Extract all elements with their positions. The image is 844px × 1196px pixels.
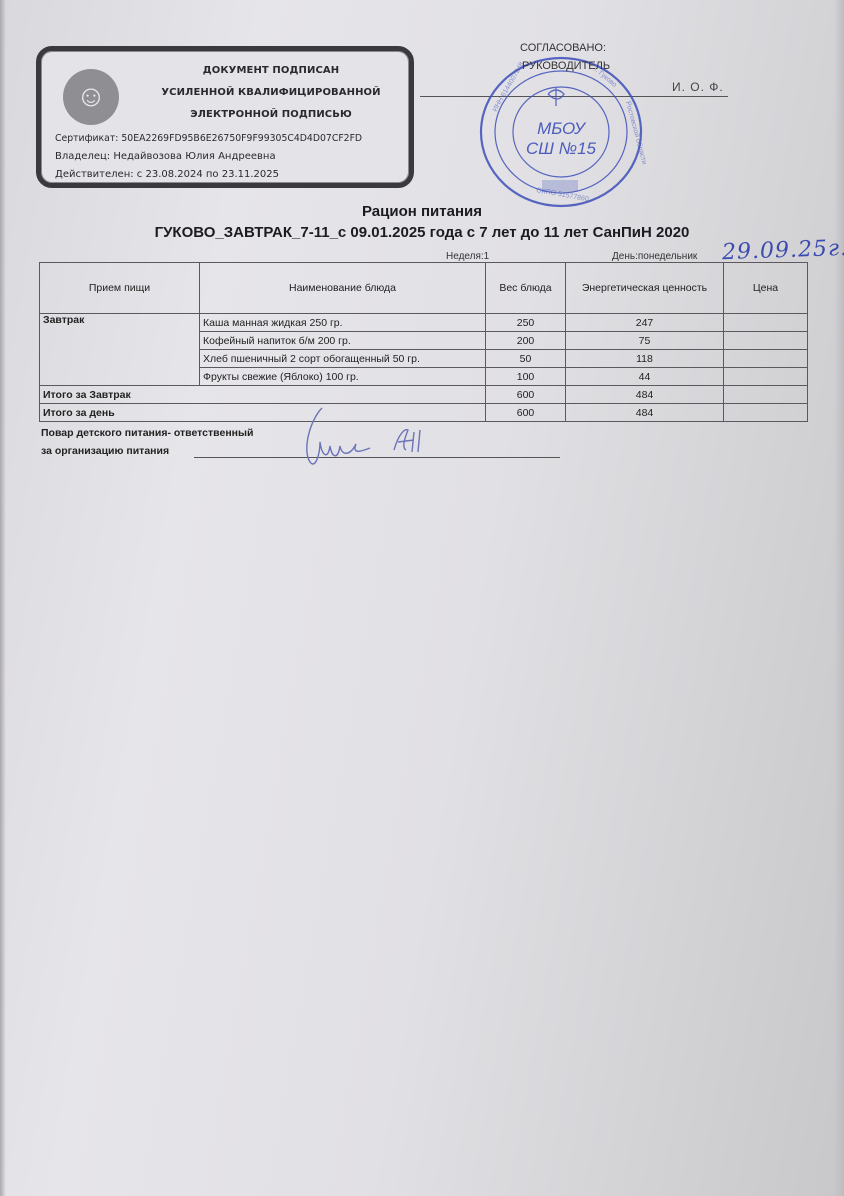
- total-row-day: Итого за день 600 484: [40, 404, 808, 422]
- header-meal: Прием пищи: [40, 263, 200, 314]
- weight-cell: 250: [486, 314, 566, 332]
- total-energy: 484: [566, 404, 724, 422]
- document-subtitle: ГУКОВО_ЗАВТРАК_7-11_с 09.01.2025 года с …: [0, 224, 844, 241]
- price-cell: [724, 332, 808, 350]
- total-price: [724, 386, 808, 404]
- total-label: Итого за Завтрак: [40, 386, 486, 404]
- cook-label-line-1: Повар детского питания- ответственный: [41, 424, 253, 442]
- seal-center-line-1: МБОУ: [537, 119, 587, 138]
- total-price: [724, 404, 808, 422]
- cook-responsible-label: Повар детского питания- ответственный за…: [41, 424, 253, 460]
- energy-cell: 44: [566, 368, 724, 386]
- approval-name-placeholder: И. О. Ф.: [672, 80, 724, 94]
- menu-table: Прием пищи Наименование блюда Вес блюда …: [39, 262, 808, 422]
- header-dish: Наименование блюда: [200, 263, 486, 314]
- total-weight: 600: [486, 386, 566, 404]
- total-label: Итого за день: [40, 404, 486, 422]
- svg-text:Ростовской области: Ростовской области: [624, 100, 646, 165]
- week-label: Неделя:1: [446, 251, 489, 262]
- header-price: Цена: [724, 263, 808, 314]
- energy-cell: 247: [566, 314, 724, 332]
- dish-cell: Каша манная жидкая 250 гр.: [200, 314, 486, 332]
- emblem-icon: ☺: [63, 69, 119, 125]
- esig-header-line-2: УСИЛЕННОЙ КВАЛИФИЦИРОВАННОЙ: [161, 87, 381, 98]
- page-edge: [834, 0, 844, 1196]
- header-weight: Вес блюда: [486, 263, 566, 314]
- weight-cell: 100: [486, 368, 566, 386]
- price-cell: [724, 368, 808, 386]
- school-seal-icon: ИНН 6144007248 г. Гуково Ростовской обла…: [476, 52, 646, 208]
- seal-center-line-2: СШ №15: [526, 139, 597, 158]
- total-energy: 484: [566, 386, 724, 404]
- approval-role: РУКОВОДИТЕЛЬ: [522, 60, 610, 72]
- electronic-signature-stamp: ☺ ДОКУМЕНТ ПОДПИСАН УСИЛЕННОЙ КВАЛИФИЦИР…: [36, 46, 414, 188]
- total-row-breakfast: Итого за Завтрак 600 484: [40, 386, 808, 404]
- price-cell: [724, 314, 808, 332]
- dish-cell: Кофейный напиток б/м 200 гр.: [200, 332, 486, 350]
- esig-header-line-3: ЭЛЕКТРОННОЙ ПОДПИСЬЮ: [161, 109, 381, 120]
- weight-cell: 200: [486, 332, 566, 350]
- esig-owner: Владелец: Недайвозова Юлия Андреевна: [55, 151, 276, 162]
- total-weight: 600: [486, 404, 566, 422]
- cook-signature-line: [194, 457, 560, 458]
- esig-certificate: Сертификат: 50EA2269FD95B6E26750F9F99305…: [55, 133, 362, 144]
- header-energy: Энергетическая ценность: [566, 263, 724, 314]
- day-label: День:понедельник: [612, 251, 697, 262]
- approval-signature-line: [420, 96, 728, 97]
- energy-cell: 75: [566, 332, 724, 350]
- weight-cell: 50: [486, 350, 566, 368]
- esig-header-line-1: ДОКУМЕНТ ПОДПИСАН: [161, 65, 381, 76]
- dish-cell: Хлеб пшеничный 2 сорт обогащенный 50 гр.: [200, 350, 486, 368]
- svg-text:ОКПО 51577860: ОКПО 51577860: [536, 187, 590, 203]
- approval-title: СОГЛАСОВАНО:: [520, 42, 606, 54]
- table-row: Завтрак Каша манная жидкая 250 гр. 250 2…: [40, 314, 808, 332]
- page-shadow: [0, 0, 6, 1196]
- energy-cell: 118: [566, 350, 724, 368]
- dish-cell: Фрукты свежие (Яблоко) 100 гр.: [200, 368, 486, 386]
- document-title: Рацион питания: [0, 203, 844, 220]
- svg-text:ИНН 6144007248: ИНН 6144007248: [492, 61, 526, 113]
- price-cell: [724, 350, 808, 368]
- table-header-row: Прием пищи Наименование блюда Вес блюда …: [40, 263, 808, 314]
- esig-validity: Действителен: с 23.08.2024 по 23.11.2025: [55, 169, 279, 180]
- document-page: ☺ ДОКУМЕНТ ПОДПИСАН УСИЛЕННОЙ КВАЛИФИЦИР…: [0, 0, 844, 1196]
- meal-cell: Завтрак: [40, 314, 200, 386]
- handwritten-date: 29.09.25г.: [722, 236, 844, 265]
